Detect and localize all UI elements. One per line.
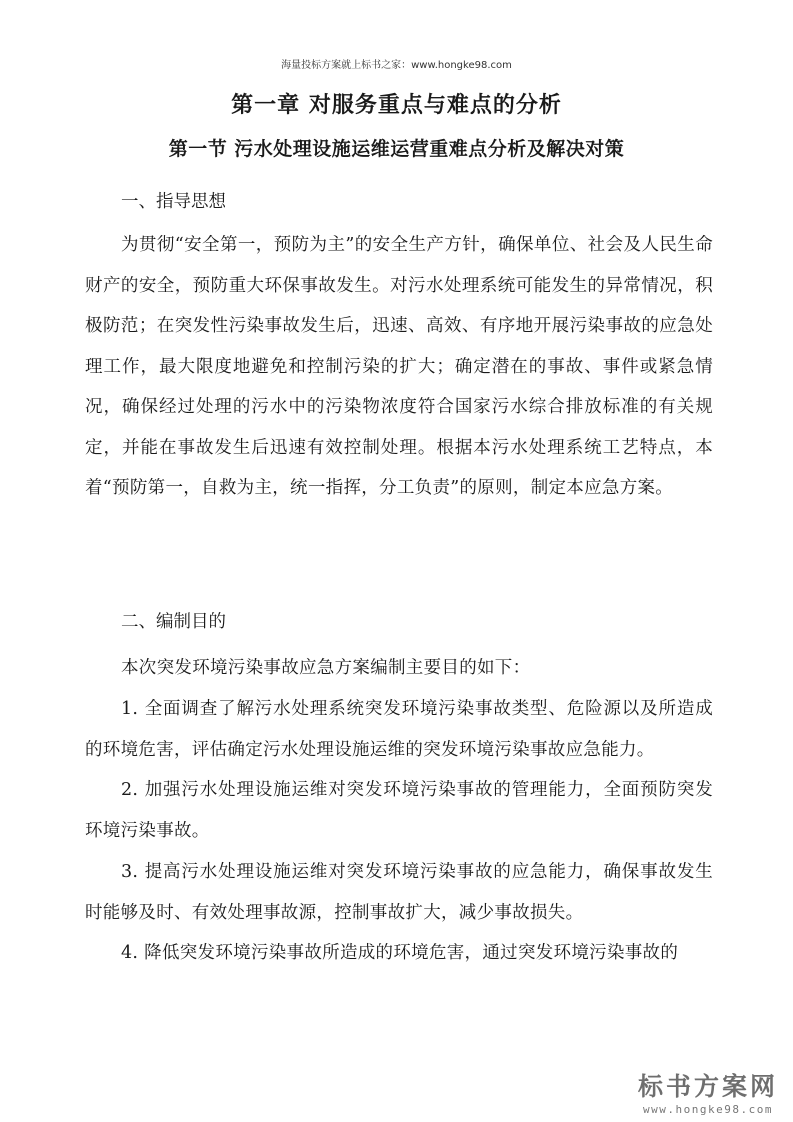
section-title: 第一节 污水处理设施运维运营重难点分析及解决对策 [0, 134, 793, 161]
chapter-title: 第一章 对服务重点与难点的分析 [0, 88, 793, 119]
paragraph-purpose-3: 3. 提高污水处理设施运维对突发环境污染事故的应急能力，确保事故发生时能够及时、… [85, 852, 713, 933]
header-note: 海量投标方案就上标书之家：www.hongke98.com [0, 56, 793, 71]
watermark-logo: 标书方案网 [633, 1067, 783, 1103]
paragraph-purpose-2: 2. 加强污水处理设施运维对突发环境污染事故的管理能力，全面预防突发环境污染事故… [85, 770, 713, 851]
section-heading-2: 二、编制目的 [121, 608, 226, 633]
watermark: 标书方案网 www.hongke98.com [633, 1067, 783, 1116]
watermark-url: www.hongke98.com [633, 1103, 783, 1116]
paragraph-guiding-principle: 为贯彻“安全第一，预防为主”的安全生产方针，确保单位、社会及人民生命财产的安全，… [85, 225, 713, 509]
paragraph-purpose-4: 4. 降低突发环境污染事故所造成的环境危害，通过突发环境污染事故的 [85, 933, 713, 974]
paragraph-purpose-1: 1. 全面调查了解污水处理系统突发环境污染事故类型、危险源以及所造成的环境危害，… [85, 689, 713, 770]
section-heading-1: 一、指导思想 [121, 188, 226, 213]
paragraph-purpose-intro: 本次突发环境污染事故应急方案编制主要目的如下： [85, 648, 713, 689]
